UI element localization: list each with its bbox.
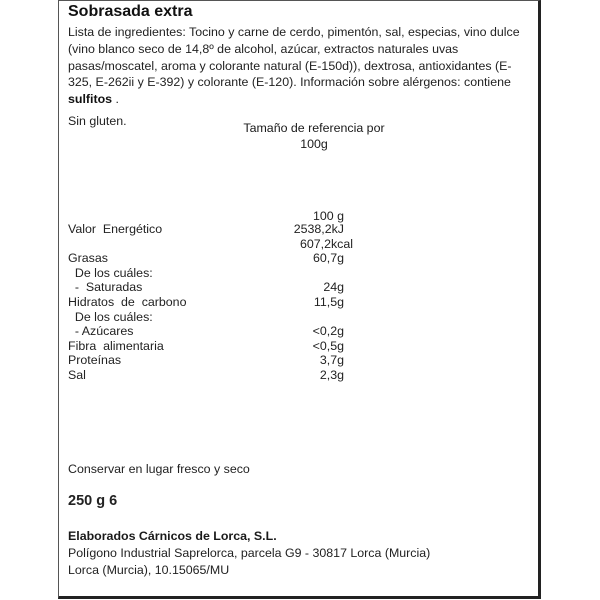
nutrition-row-value: 24g: [323, 280, 344, 294]
nutrition-row-value: 3,7g: [320, 353, 344, 367]
reference-line-1: Tamaño de referencia por: [229, 120, 399, 136]
nutrition-reference: Tamaño de referencia por 100g: [229, 120, 399, 152]
nutrition-row-value: 60,7g: [313, 251, 344, 265]
manufacturer-address-2: Lorca (Murcia), 10.15065/MU: [68, 563, 229, 577]
storage-instructions: Conservar en lugar fresco y seco: [68, 462, 250, 476]
nutrition-row-label: De los cuáles:: [68, 310, 153, 324]
nutrition-row-label: - Saturadas: [68, 280, 142, 294]
nutrition-row-value: 11,5g: [314, 295, 344, 309]
nutrition-row-value: <0,2g: [313, 324, 344, 338]
nutrition-row-label: Grasas: [68, 251, 108, 265]
nutrition-row-label: Sal: [68, 368, 86, 382]
gluten-note: Sin gluten.: [68, 114, 127, 128]
nutrition-row-value: 2,3g: [320, 368, 344, 382]
product-label-panel: Sobrasada extra Lista de ingredientes: T…: [58, 0, 541, 599]
ingredients-list: Lista de ingredientes: Tocino y carne de…: [68, 24, 528, 108]
ingredients-end: .: [112, 92, 119, 106]
nutrition-row-value: 2538,2kJ: [294, 222, 344, 236]
nutrition-row-label: De los cuáles:: [68, 266, 153, 280]
nutrition-row-label: Fibra alimentaria: [68, 339, 164, 353]
nutrition-row-value: <0,5g: [313, 339, 344, 353]
ingredients-text: Lista de ingredientes: Tocino y carne de…: [68, 25, 520, 89]
nutrition-row-label: Valor Energético: [68, 222, 162, 236]
nutrition-column-header: 100 g: [313, 209, 344, 223]
nutrition-row-value: 607,2kcal: [300, 237, 353, 251]
net-quantity: 250 g 6: [68, 493, 117, 509]
allergen-highlight: sulfitos: [68, 92, 112, 106]
nutrition-row-label: Hidratos de carbono: [68, 295, 186, 309]
manufacturer-address-1: Polígono Industrial Saprelorca, parcela …: [68, 546, 430, 560]
reference-line-2: 100g: [229, 136, 399, 152]
nutrition-row-label: - Azúcares: [68, 324, 133, 338]
nutrition-row-label: Proteínas: [68, 353, 121, 367]
manufacturer-name: Elaborados Cárnicos de Lorca, S.L.: [68, 529, 277, 543]
product-title: Sobrasada extra: [68, 3, 193, 21]
